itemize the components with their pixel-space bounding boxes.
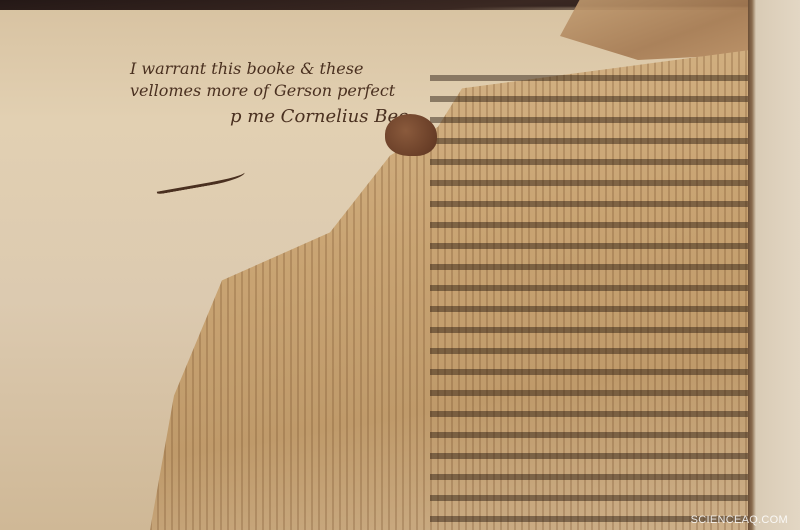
text-line (430, 81, 750, 102)
text-line (430, 186, 750, 207)
text-line (430, 417, 750, 438)
text-line (430, 375, 750, 396)
signature-flourish (154, 162, 246, 194)
text-line (430, 123, 750, 144)
binding-edge (748, 0, 800, 530)
manuscript-photo: I warrant this booke & these vellomes mo… (0, 0, 800, 530)
text-line (430, 270, 750, 291)
mirrored-text-block (430, 60, 750, 530)
inscription-line-2: vellomes more of Gerson perfect (130, 80, 395, 102)
text-line (430, 459, 750, 480)
text-line (430, 249, 750, 270)
text-line (430, 291, 750, 312)
text-line (430, 228, 750, 249)
text-line (430, 438, 750, 459)
text-line (430, 354, 750, 375)
wax-stain (385, 114, 437, 156)
text-line (430, 102, 750, 123)
inscription-line-1: I warrant this booke & these (130, 58, 363, 80)
text-line (430, 333, 750, 354)
text-line (430, 144, 750, 165)
text-line (430, 396, 750, 417)
text-line (430, 60, 750, 81)
text-line (430, 165, 750, 186)
text-line (430, 312, 750, 333)
watermark: SCIENCEAQ.COM (691, 514, 788, 526)
text-line (430, 207, 750, 228)
inscription-signature: p me Cornelius Bee (230, 106, 409, 128)
text-line (430, 480, 750, 501)
torn-flap (560, 0, 755, 60)
